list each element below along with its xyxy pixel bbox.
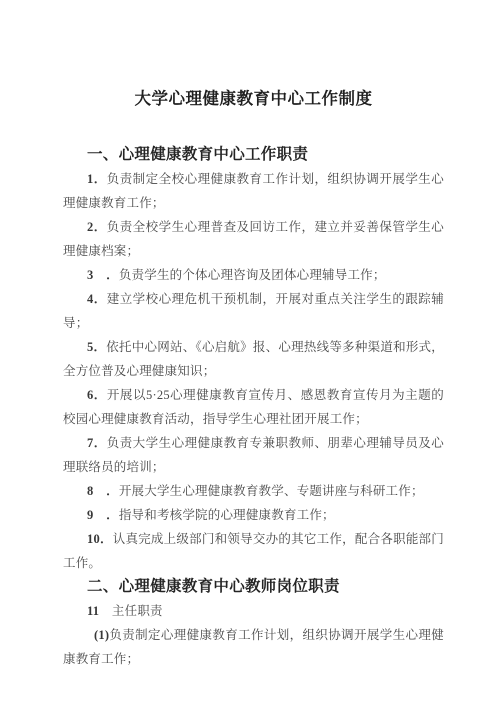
list-item: 5．依托中心网站、《心启航》报、心理热线等多种渠道和形式，全方位普及心理健康知识…	[63, 335, 444, 383]
item-number: 11	[87, 604, 112, 618]
item-text: 指导和考核学院的心理健康教育工作；	[119, 508, 335, 522]
item-text: 依托中心网站、《心启航》报、心理热线等多种渠道和形式，全方位普及心理健康知识；	[63, 340, 444, 378]
list-item: 3 ．负责学生的个体心理咨询及团体心理辅导工作；	[63, 263, 444, 287]
document-title: 大学心理健康教育中心工作制度	[63, 86, 444, 112]
list-item: 8 ．开展大学生心理健康教育教学、专题讲座与科研工作；	[63, 479, 444, 503]
list-item: 11 主任职责	[63, 599, 444, 623]
item-number: 9 ．	[87, 508, 119, 522]
document-content: 大学心理健康教育中心工作制度 一、心理健康教育中心工作职责 1．负责制定全校心理…	[63, 86, 444, 671]
list-item: (1)负责制定心理健康教育工作计划，组织协调开展学生心理健康教育工作；	[63, 623, 444, 671]
item-number: 6．	[87, 388, 107, 402]
list-item: 2．负责全校学生心理普查及回访工作，建立并妥善保管学生心理健康档案；	[63, 215, 444, 263]
item-number: 3 ．	[87, 268, 119, 282]
item-text: 建立学校心理危机干预机制，开展对重点关注学生的跟踪辅导；	[63, 292, 444, 330]
section-heading-1: 一、心理健康教育中心工作职责	[63, 143, 444, 167]
section-heading-2: 二、心理健康教育中心教师岗位职责	[63, 575, 444, 599]
item-text: 负责大学生心理健康教育专兼职教师、朋辈心理辅导员及心理联络员的培训；	[63, 436, 444, 474]
list-item: 6．开展以5·25心理健康教育宣传月、感恩教育宣传月为主题的校园心理健康教育活动…	[63, 383, 444, 431]
document-page: 大学心理健康教育中心工作制度 一、心理健康教育中心工作职责 1．负责制定全校心理…	[0, 0, 500, 707]
item-text: 负责学生的个体心理咨询及团体心理辅导工作；	[119, 268, 386, 282]
item-text: 负责制定全校心理健康教育工作计划，组织协调开展学生心理健康教育工作；	[63, 172, 444, 210]
item-text: 主任职责	[112, 604, 163, 618]
list-item: 4．建立学校心理危机干预机制，开展对重点关注学生的跟踪辅导；	[63, 287, 444, 335]
item-number: 4．	[87, 292, 107, 306]
item-number: (1)	[94, 628, 109, 642]
item-number: 1．	[87, 172, 107, 186]
item-number: 7．	[87, 436, 107, 450]
item-text: 认真完成上级部门和领导交办的其它工作，配合各职能部门工作。	[63, 532, 444, 570]
item-text: 负责制定心理健康教育工作计划，组织协调开展学生心理健康教育工作；	[63, 628, 444, 666]
list-item: 10．认真完成上级部门和领导交办的其它工作，配合各职能部门工作。	[63, 527, 444, 575]
list-item: 7．负责大学生心理健康教育专兼职教师、朋辈心理辅导员及心理联络员的培训；	[63, 431, 444, 479]
item-text: 开展以5·25心理健康教育宣传月、感恩教育宣传月为主题的校园心理健康教育活动，指…	[63, 388, 444, 426]
list-item: 1．负责制定全校心理健康教育工作计划，组织协调开展学生心理健康教育工作；	[63, 167, 444, 215]
item-number: 5．	[87, 340, 106, 354]
item-number: 2．	[87, 220, 107, 234]
item-text: 开展大学生心理健康教育教学、专题讲座与科研工作；	[119, 484, 424, 498]
item-text: 负责全校学生心理普查及回访工作，建立并妥善保管学生心理健康档案；	[63, 220, 444, 258]
item-number: 10．	[87, 532, 113, 546]
list-item: 9 ．指导和考核学院的心理健康教育工作；	[63, 503, 444, 527]
item-number: 8 ．	[87, 484, 119, 498]
